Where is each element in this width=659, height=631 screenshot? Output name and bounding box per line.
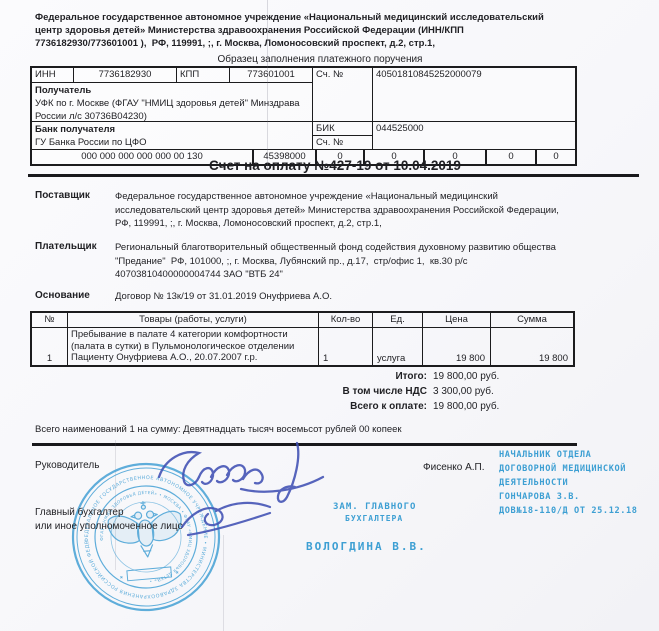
stamp-line: ДОВ№18-110/Д ОТ 25.12.18 xyxy=(499,504,638,518)
payer-label: Плательщик xyxy=(35,241,97,252)
deputy-accountant-name: ВОЛОГДИНА В.В. xyxy=(306,540,427,553)
account-label: Сч. № xyxy=(313,68,373,122)
basis-label: Основание xyxy=(35,290,90,301)
accountant-label: Главный бухгалтер xyxy=(35,507,124,518)
item-name-line: Пациенту Онуфриева А.О., 20.07.2007 г.р. xyxy=(71,352,316,364)
item-name-line: (палата в сутки) в Пульмонологическое от… xyxy=(71,341,316,353)
supplier-label: Поставщик xyxy=(35,190,90,201)
payer-line: "Предание" РФ, 101000, ;, г. Москва, Луб… xyxy=(115,255,595,269)
total-value: 19 800,00 руб. xyxy=(433,369,545,384)
col-header-num: № xyxy=(32,313,68,328)
total-label: Итого: xyxy=(255,369,433,384)
payer-line: 40703810400000004744 ЗАО "ВТБ 24" xyxy=(115,268,595,282)
recipient-cell: Получатель УФК по г. Москве (ФГАУ "НМИЦ … xyxy=(32,83,313,122)
org-header-line: 7736182930/773601001 ), РФ, 119991, ;, г… xyxy=(35,37,625,50)
col-header-unit: Ед. xyxy=(373,313,423,328)
bik-value: 044525000 xyxy=(373,122,575,149)
stamp-line: ДОГОВОРНОЙ МЕДИЦИНСКОЙ xyxy=(499,462,638,476)
bank-cell: Банк получателя ГУ Банка России по ЦФО xyxy=(32,122,313,149)
director-label: Руководитель xyxy=(35,460,99,471)
kpp-label: КПП xyxy=(177,68,230,83)
totals-block: Итого: 19 800,00 руб. В том числе НДС 3 … xyxy=(255,369,545,414)
account-value: 40501810845252000079 xyxy=(373,68,575,122)
stamp-line: НАЧАЛЬНИК ОТДЕЛА xyxy=(499,448,638,462)
basis-value: Договор № 13к/19 от 31.01.2019 Онуфриева… xyxy=(115,290,565,304)
item-sum: 19 800 xyxy=(491,328,573,365)
inn-label: ИНН xyxy=(32,68,74,83)
item-name: Пребывание в палате 4 категории комфортн… xyxy=(68,328,319,365)
bik-label: БИК xyxy=(313,122,373,136)
org-header-line: Федеральное государственное автономное у… xyxy=(35,11,625,24)
item-unit: услуга xyxy=(373,328,423,365)
supplier-line: РФ, 119991, ;, г. Москва, Ломоносовский … xyxy=(115,217,585,231)
org-header: Федеральное государственное автономное у… xyxy=(35,11,625,50)
director-name: Фисенко А.П. xyxy=(423,462,485,473)
deputy-accountant-stamp-line: ЗАМ. ГЛАВНОГО xyxy=(333,501,416,514)
item-name-line: Пребывание в палате 4 категории комфортн… xyxy=(71,329,316,341)
stamp-line: ДЕЯТЕЛЬНОСТИ xyxy=(499,476,638,490)
invoice-title: Счет на оплату №427-19 от 10.04.2019 xyxy=(30,158,640,173)
org-header-line: центр здоровья детей» Министерства здрав… xyxy=(35,24,625,37)
accountant-signature xyxy=(172,489,282,544)
due-value: 19 800,00 руб. xyxy=(433,399,545,414)
vat-label: В том числе НДС xyxy=(255,384,433,399)
bank-requisites-table: ИНН 7736182930 КПП 773601001 Сч. № 40501… xyxy=(30,66,577,166)
kpp-value: 773601001 xyxy=(230,68,313,83)
sample-caption: Образец заполнения платежного поручения xyxy=(40,54,600,65)
corr-account-label: Сч. № xyxy=(313,136,373,149)
col-header-goods: Товары (работы, услуги) xyxy=(68,313,319,328)
scan-fold-line xyxy=(267,0,268,170)
col-header-sum: Сумма xyxy=(491,313,573,328)
inn-value: 7736182930 xyxy=(74,68,177,83)
title-rule xyxy=(28,174,639,177)
col-header-qty: Кол-во xyxy=(319,313,373,328)
accountant-label-2: или иное уполномоченное лицо xyxy=(35,521,183,532)
items-table: № Товары (работы, услуги) Кол-во Ед. Цен… xyxy=(30,311,575,367)
supplier-line: исследовательский центр здоровья детей» … xyxy=(115,204,585,218)
supplier-text: Федеральное государственное автономное у… xyxy=(115,190,585,231)
payer-text: Региональный благотворительный обществен… xyxy=(115,241,595,282)
department-head-stamp: НАЧАЛЬНИК ОТДЕЛА ДОГОВОРНОЙ МЕДИЦИНСКОЙ … xyxy=(499,448,638,518)
supplier-line: Федеральное государственное автономное у… xyxy=(115,190,585,204)
item-price: 19 800 xyxy=(423,328,491,365)
invoice-document: Федеральное государственное автономное у… xyxy=(0,0,659,631)
item-qty: 1 xyxy=(319,328,373,365)
payer-line: Региональный благотворительный обществен… xyxy=(115,241,595,255)
summary-line: Всего наименований 1 на сумму: Девятнадц… xyxy=(35,424,635,435)
vat-value: 3 300,00 руб. xyxy=(433,384,545,399)
stamp-line: ГОНЧАРОВА З.В. xyxy=(499,490,638,504)
deputy-accountant-stamp-line: БУХГАЛТЕРА xyxy=(345,514,403,523)
item-num: 1 xyxy=(32,328,68,365)
col-header-price: Цена xyxy=(423,313,491,328)
due-label: Всего к оплате: xyxy=(255,399,433,414)
